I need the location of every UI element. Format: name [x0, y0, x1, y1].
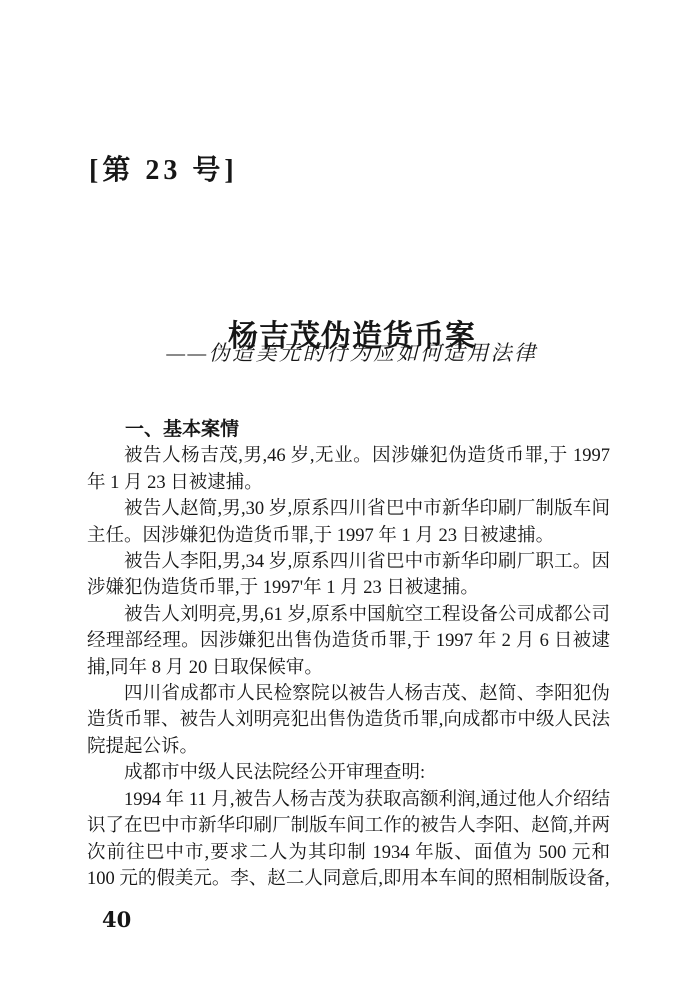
body-paragraph: 成都市中级人民法院经公开审理查明: — [87, 760, 610, 786]
body-paragraph: 被告人李阳,男,34 岁,原系四川省巴中市新华印刷厂职工。因涉嫌犯伪造货币罪,于… — [87, 549, 610, 602]
body-paragraph: 四川省成都市人民检察院以被告人杨吉茂、赵简、李阳犯伪造货币罪、被告人刘明亮犯出售… — [87, 681, 610, 760]
case-subtitle: ——伪造美元的行为应如何适用法律 — [87, 337, 617, 367]
case-body: 一、基本案情 被告人杨吉茂,男,46 岁,无业。因涉嫌犯伪造货币罪,于 1997… — [87, 417, 610, 892]
body-paragraph: 被告人杨吉茂,男,46 岁,无业。因涉嫌犯伪造货币罪,于 1997 年 1 月 … — [87, 443, 610, 496]
page-number: 40 — [102, 907, 131, 932]
body-paragraph: 被告人刘明亮,男,61 岁,原系中国航空工程设备公司成都公司经理部经理。因涉嫌犯… — [87, 602, 610, 681]
case-number-tag: [第 23 号] — [89, 148, 238, 188]
body-paragraph: 1994 年 11 月,被告人杨吉茂为获取高额利润,通过他人介绍结识了在巴中市新… — [87, 787, 610, 893]
section-heading: 一、基本案情 — [87, 417, 610, 443]
body-paragraph: 被告人赵简,男,30 岁,原系四川省巴中市新华印刷厂制版车间主任。因涉嫌犯伪造货… — [87, 496, 610, 549]
book-page: [第 23 号] 杨吉茂伪造货币案 ——伪造美元的行为应如何适用法律 一、基本案… — [0, 0, 693, 999]
